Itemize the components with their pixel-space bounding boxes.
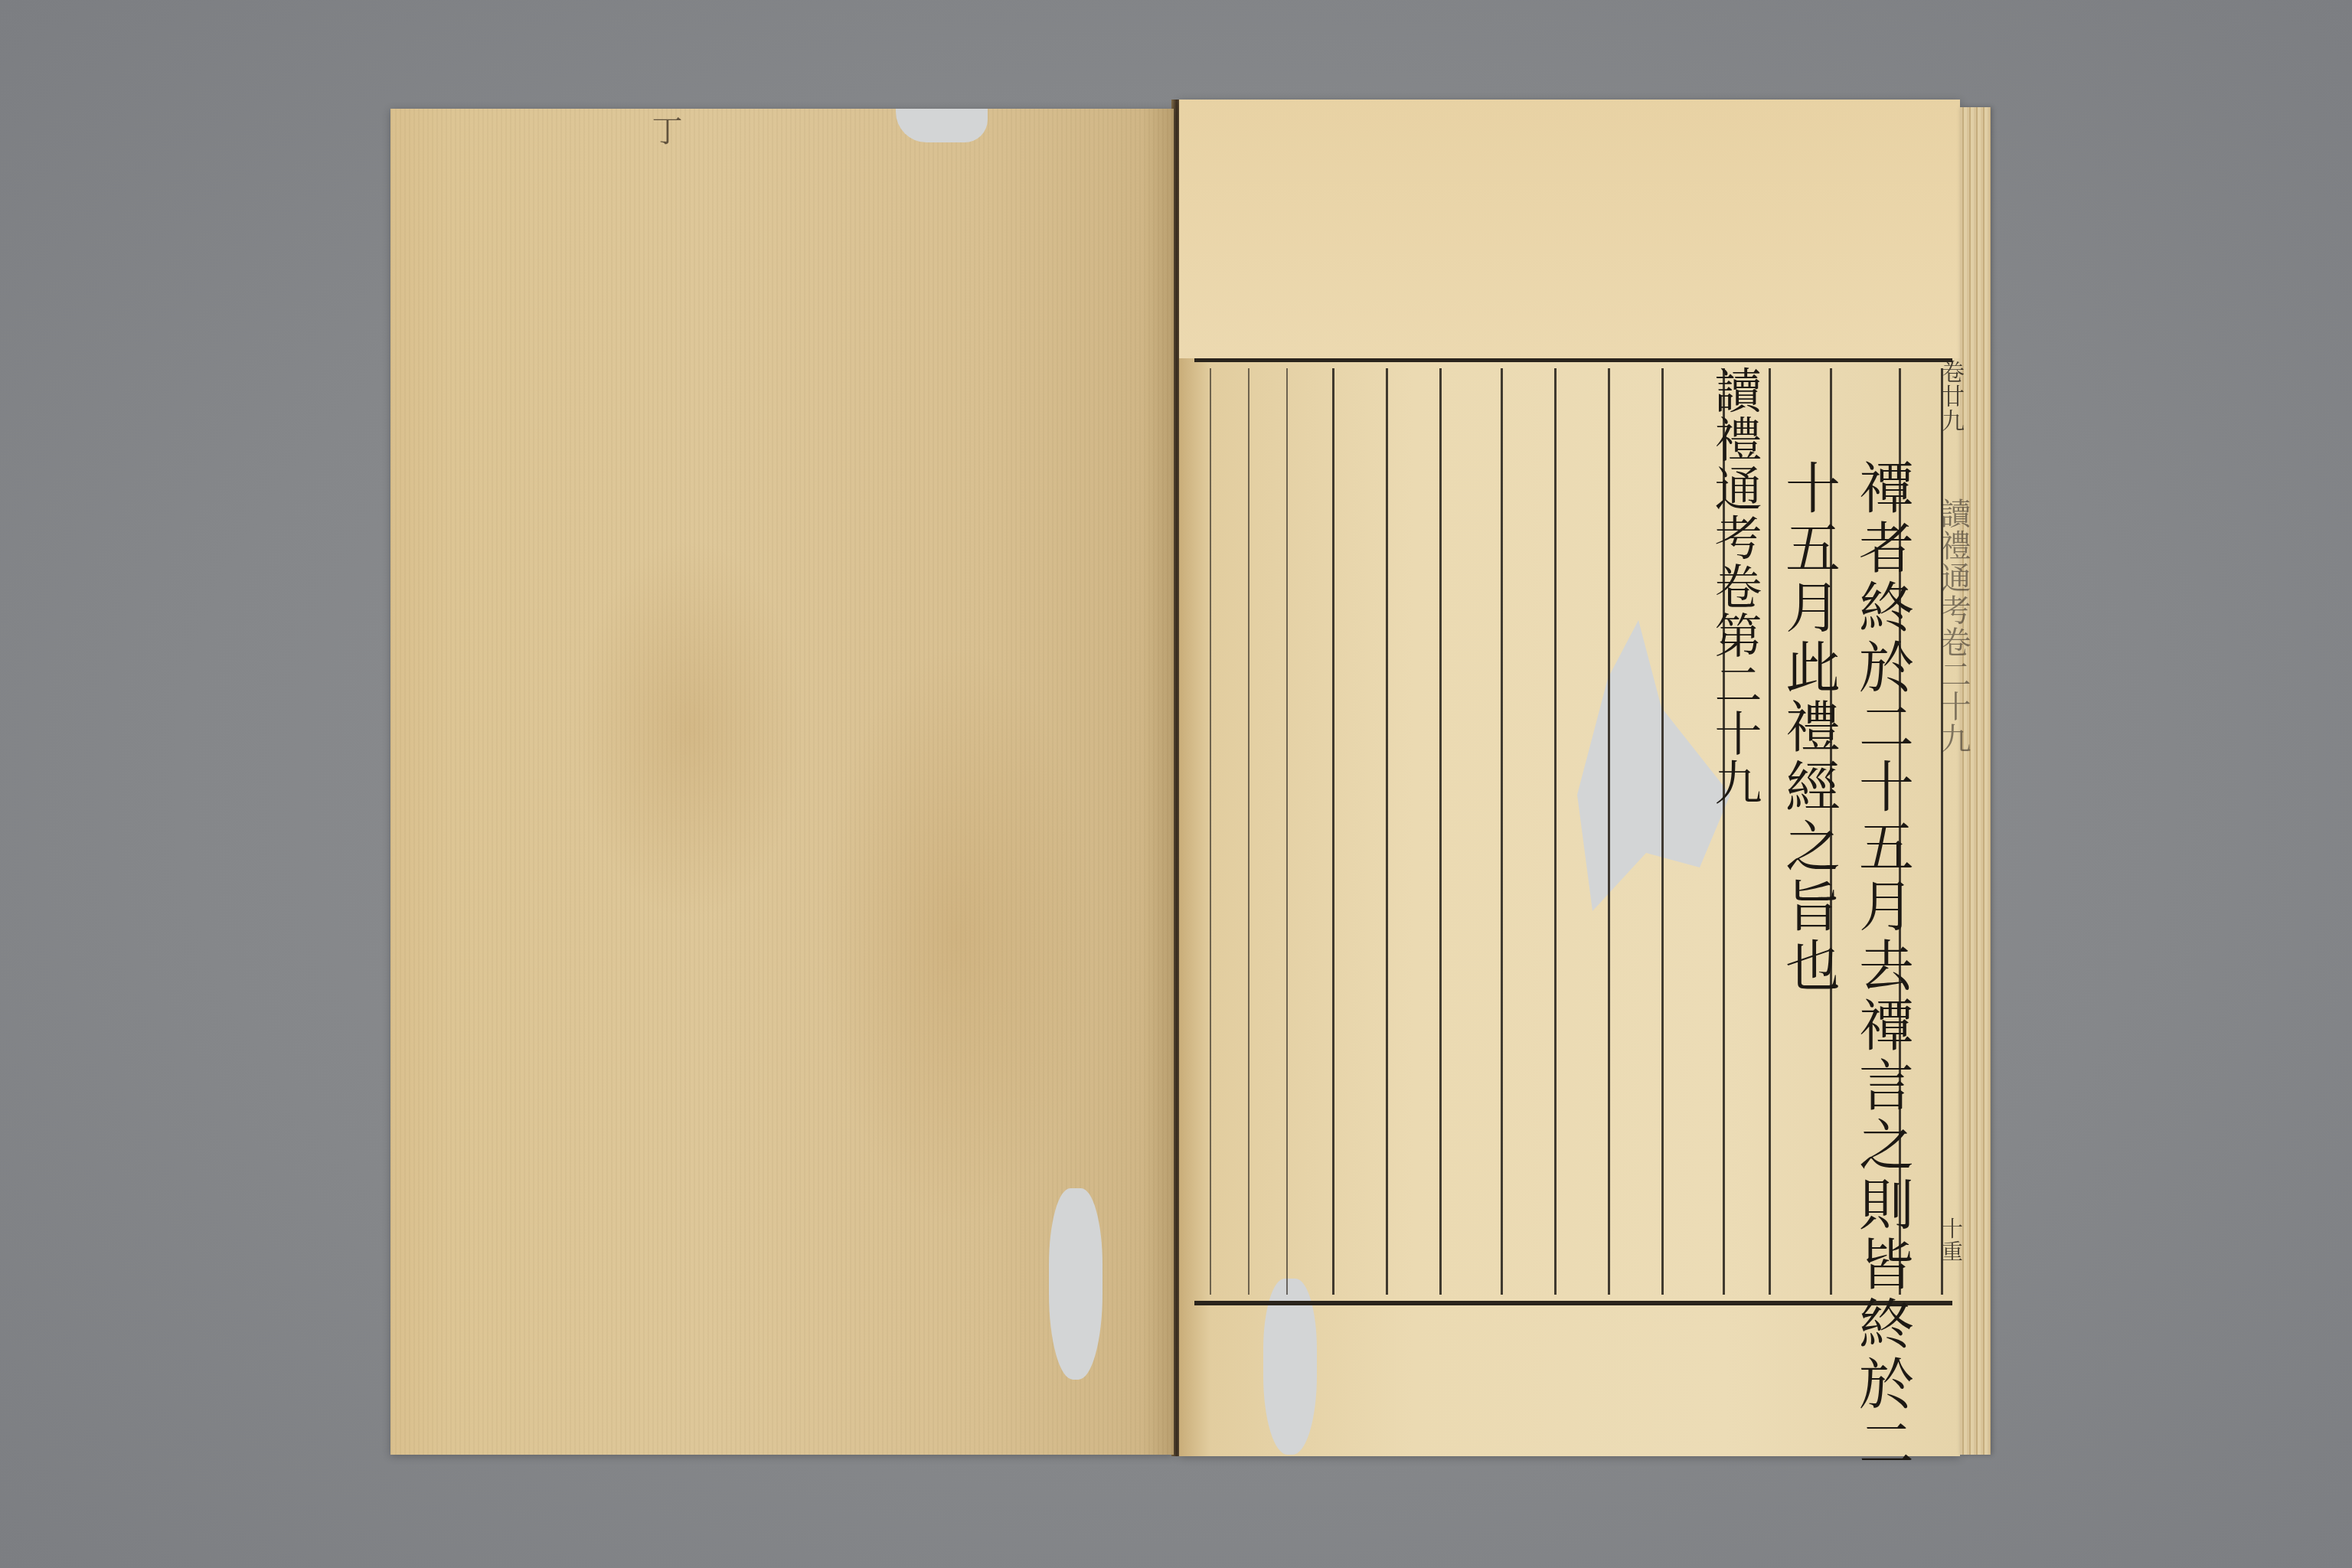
column-rule (1210, 368, 1211, 1295)
water-stain (574, 537, 804, 920)
column-rule (1286, 368, 1288, 1295)
torn-hole-top (896, 109, 988, 142)
text-column: 禫者終於二十五月去禫言之則皆終於二 (1851, 459, 1913, 1475)
column-rule (1661, 368, 1664, 1295)
column-rule (1386, 368, 1388, 1295)
worm-hole (1049, 1188, 1102, 1380)
column-rule (1248, 368, 1249, 1295)
text-column: 十五月此禮經之旨也 (1778, 459, 1839, 997)
water-stain (819, 645, 1095, 1227)
open-book: 丁 讀禮通考卷第二十九 禫者終於二十五月去禫言之則皆終於二 十五月此禮經之旨也 … (0, 0, 2352, 1568)
left-page (390, 109, 1174, 1455)
column-rule (1608, 368, 1610, 1295)
chapter-title: 讀禮通考卷第二十九 (1707, 366, 1761, 807)
column-rule (1439, 368, 1442, 1295)
column-rule (1554, 368, 1557, 1295)
column-rule (1769, 368, 1771, 1295)
fold-volume-label: 卷廿九 (1937, 360, 1963, 433)
fold-edition-mark: 十重 (1939, 1217, 1963, 1263)
page-block-edge (1960, 107, 1991, 1455)
margin-mark: 丁 (643, 115, 687, 145)
fold-running-title: 讀禮通考卷二十九 (1935, 498, 1971, 755)
column-rule (1332, 368, 1334, 1295)
column-rule (1501, 368, 1503, 1295)
top-margin (1179, 100, 1960, 358)
